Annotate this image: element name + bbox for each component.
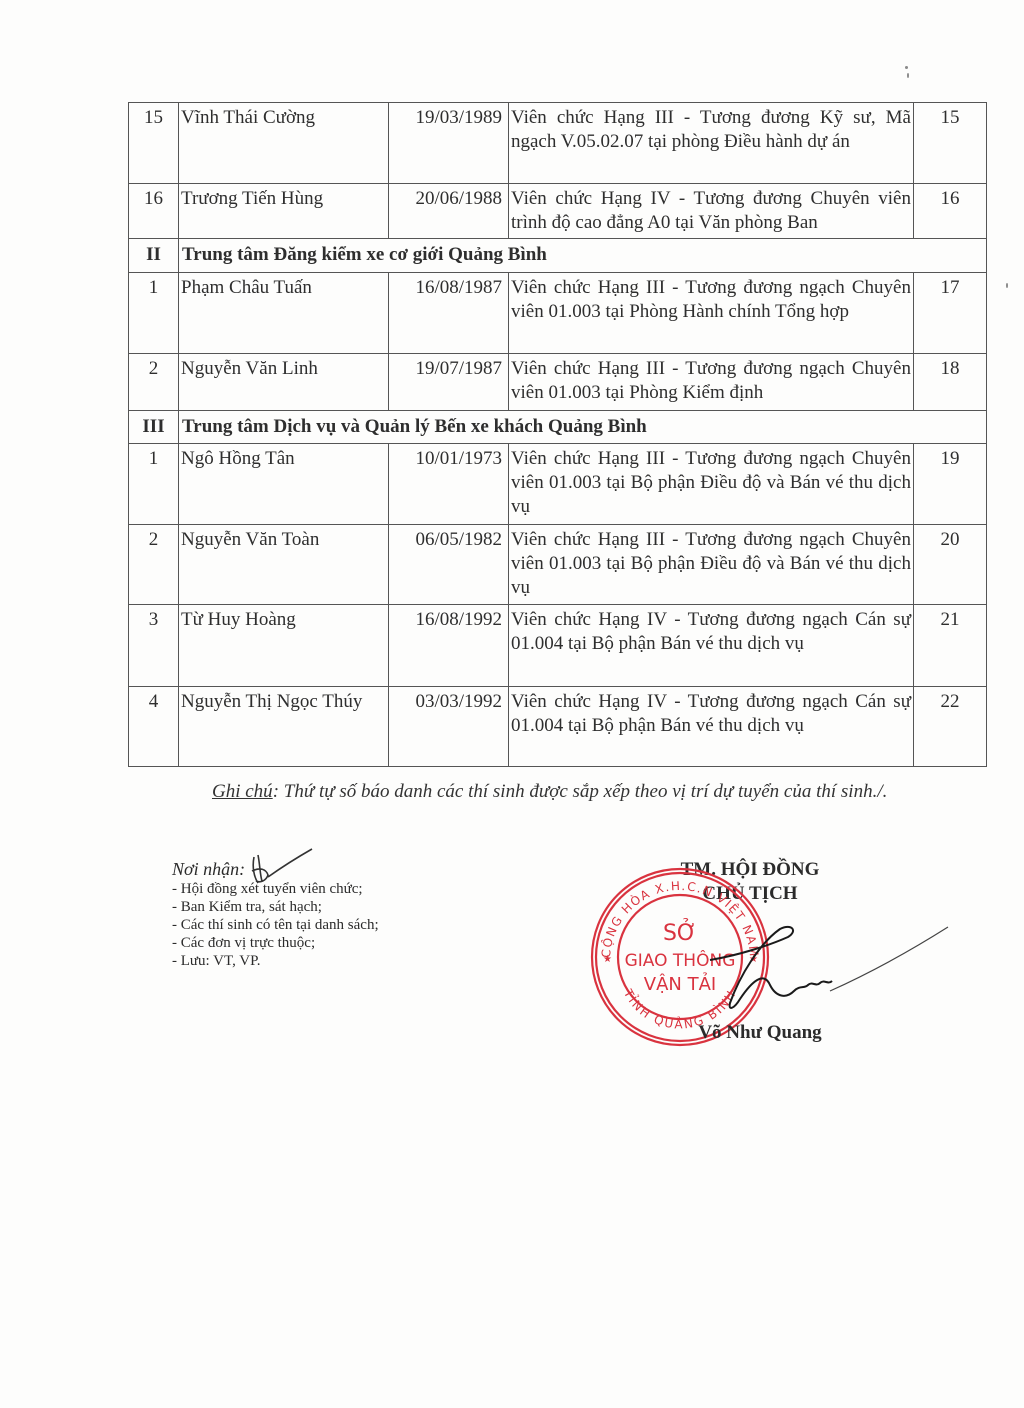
table-row: 16Trương Tiến Hùng20/06/1988Viên chức Hạ… bbox=[129, 184, 987, 239]
table-row: 4Nguyễn Thị Ngọc Thúy03/03/1992Viên chức… bbox=[129, 687, 987, 767]
table-row: 2Nguyễn Văn Linh19/07/1987Viên chức Hạng… bbox=[129, 354, 987, 411]
row-number: 2 bbox=[129, 354, 179, 411]
section-number: III bbox=[129, 411, 179, 444]
candidate-name: Ngô Hồng Tân bbox=[179, 444, 389, 525]
candidate-number: 17 bbox=[914, 273, 987, 354]
row-number: 1 bbox=[129, 273, 179, 354]
svg-text:★: ★ bbox=[603, 954, 612, 965]
row-number: 3 bbox=[129, 605, 179, 687]
position-description: Viên chức Hạng IV - Tương đương Chuyên v… bbox=[509, 184, 914, 239]
recipient-item: - Ban Kiểm tra, sát hạch; bbox=[172, 898, 379, 916]
candidate-name: Nguyễn Văn Linh bbox=[179, 354, 389, 411]
scan-speck bbox=[905, 66, 908, 69]
scan-speck bbox=[907, 73, 909, 78]
note-label: Ghi chú bbox=[212, 781, 273, 802]
row-number: 2 bbox=[129, 525, 179, 605]
row-number: 16 bbox=[129, 184, 179, 239]
position-description: Viên chức Hạng IV - Tương đương ngạch Cá… bbox=[509, 605, 914, 687]
date-of-birth: 03/03/1992 bbox=[389, 687, 509, 767]
section-header-row: IIITrung tâm Dịch vụ và Quản lý Bến xe k… bbox=[129, 411, 987, 444]
candidate-name: Từ Huy Hoàng bbox=[179, 605, 389, 687]
scan-speck bbox=[1006, 283, 1008, 288]
date-of-birth: 20/06/1988 bbox=[389, 184, 509, 239]
signer-name: Võ Như Quang bbox=[660, 1022, 860, 1044]
note-text: : Thứ tự số báo danh các thí sinh được s… bbox=[273, 781, 888, 802]
date-of-birth: 16/08/1987 bbox=[389, 273, 509, 354]
table-row: 1Phạm Châu Tuấn16/08/1987Viên chức Hạng … bbox=[129, 273, 987, 354]
candidate-name: Nguyễn Văn Toàn bbox=[179, 525, 389, 605]
position-description: Viên chức Hạng III - Tương đương Kỹ sư, … bbox=[509, 103, 914, 184]
candidate-number: 20 bbox=[914, 525, 987, 605]
recipient-item: - Các thí sinh có tên tại danh sách; bbox=[172, 916, 379, 934]
row-number: 15 bbox=[129, 103, 179, 184]
section-title: Trung tâm Đăng kiểm xe cơ giới Quảng Bìn… bbox=[179, 239, 987, 273]
recipient-item: - Các đơn vị trực thuộc; bbox=[172, 934, 379, 952]
date-of-birth: 10/01/1973 bbox=[389, 444, 509, 525]
candidate-number: 19 bbox=[914, 444, 987, 525]
candidate-number: 22 bbox=[914, 687, 987, 767]
initial-mark-icon bbox=[246, 845, 316, 895]
date-of-birth: 16/08/1992 bbox=[389, 605, 509, 687]
candidate-table: 15Vĩnh Thái Cường19/03/1989Viên chức Hạn… bbox=[128, 102, 987, 767]
candidate-name: Nguyễn Thị Ngọc Thúy bbox=[179, 687, 389, 767]
section-title: Trung tâm Dịch vụ và Quản lý Bến xe khác… bbox=[179, 411, 987, 444]
position-description: Viên chức Hạng III - Tương đương ngạch C… bbox=[509, 354, 914, 411]
candidate-name: Vĩnh Thái Cường bbox=[179, 103, 389, 184]
candidate-number: 21 bbox=[914, 605, 987, 687]
position-description: Viên chức Hạng III - Tương đương ngạch C… bbox=[509, 444, 914, 525]
recipient-item: - Lưu: VT, VP. bbox=[172, 952, 379, 970]
candidate-name: Phạm Châu Tuấn bbox=[179, 273, 389, 354]
date-of-birth: 06/05/1982 bbox=[389, 525, 509, 605]
candidate-name: Trương Tiến Hùng bbox=[179, 184, 389, 239]
section-header-row: IITrung tâm Đăng kiểm xe cơ giới Quảng B… bbox=[129, 239, 987, 273]
position-description: Viên chức Hạng IV - Tương đương ngạch Cá… bbox=[509, 687, 914, 767]
date-of-birth: 19/07/1987 bbox=[389, 354, 509, 411]
section-number: II bbox=[129, 239, 179, 273]
svg-text:SỞ: SỞ bbox=[663, 918, 697, 946]
candidate-number: 18 bbox=[914, 354, 987, 411]
position-description: Viên chức Hạng III - Tương đương ngạch C… bbox=[509, 273, 914, 354]
note: Ghi chú: Thứ tự số báo danh các thí sinh… bbox=[160, 780, 920, 804]
position-description: Viên chức Hạng III - Tương đương ngạch C… bbox=[509, 525, 914, 605]
table-row: 2Nguyễn Văn Toàn06/05/1982Viên chức Hạng… bbox=[129, 525, 987, 605]
row-number: 4 bbox=[129, 687, 179, 767]
handwritten-signature-icon bbox=[700, 915, 950, 1025]
candidate-number: 16 bbox=[914, 184, 987, 239]
candidate-number: 15 bbox=[914, 103, 987, 184]
table-row: 1Ngô Hồng Tân10/01/1973Viên chức Hạng II… bbox=[129, 444, 987, 525]
date-of-birth: 19/03/1989 bbox=[389, 103, 509, 184]
table-row: 3Từ Huy Hoàng16/08/1992Viên chức Hạng IV… bbox=[129, 605, 987, 687]
table-row: 15Vĩnh Thái Cường19/03/1989Viên chức Hạn… bbox=[129, 103, 987, 184]
row-number: 1 bbox=[129, 444, 179, 525]
